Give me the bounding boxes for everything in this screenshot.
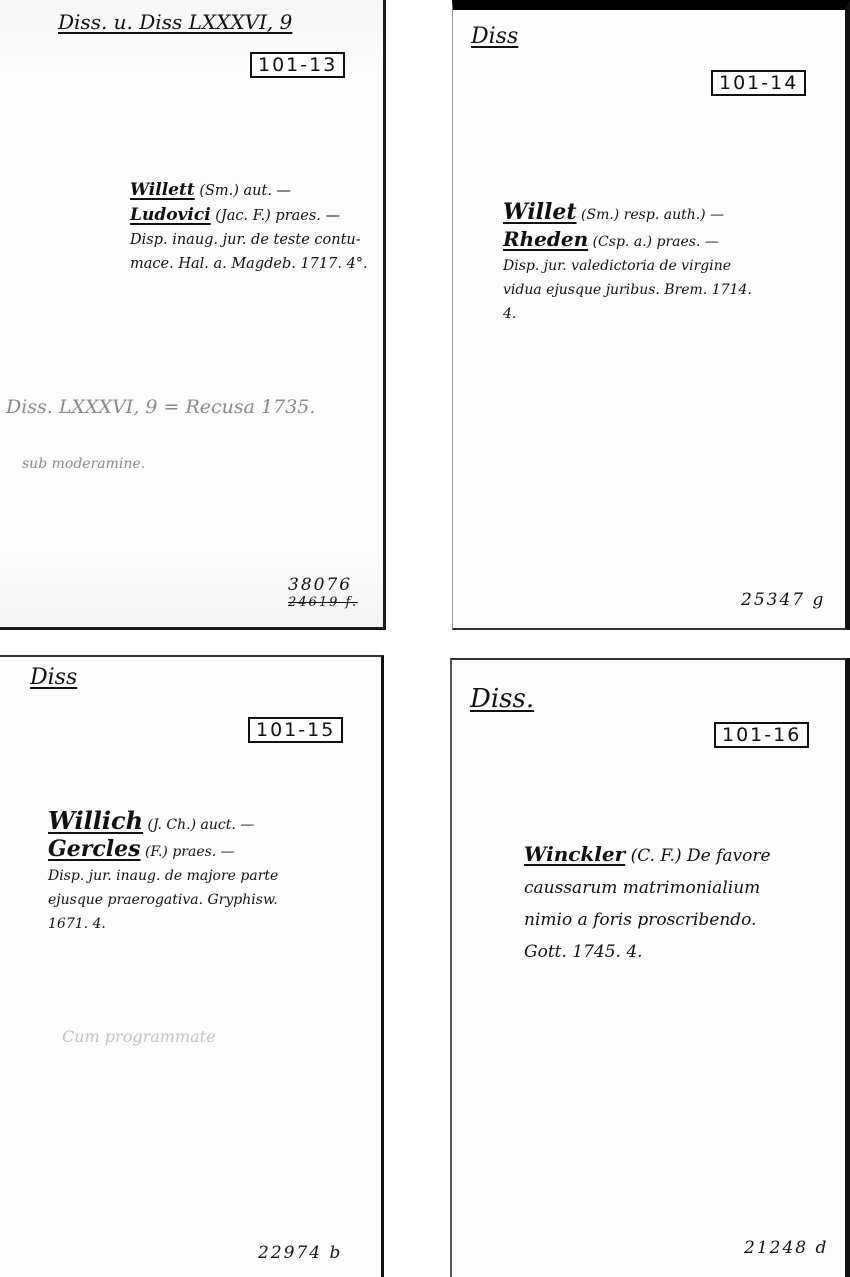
catalog-card-101-14: Diss 101-14 Willet (Sm.) resp. auth.) — … — [452, 0, 850, 630]
call-number: 101-13 — [250, 52, 345, 78]
accession-number: 22974 b — [258, 1243, 342, 1263]
catalog-entry: Willett (Sm.) aut. — Ludovici (Jac. F.) … — [130, 178, 368, 276]
catalog-card-101-15: Diss 101-15 Willich (J. Ch.) auct. — Ger… — [0, 655, 384, 1277]
accession-number: 25347 g — [741, 590, 825, 610]
call-number: 101-14 — [711, 70, 806, 96]
catalog-entry: Willich (J. Ch.) auct. — Gercles (F.) pr… — [48, 809, 278, 936]
call-number: 101-16 — [714, 722, 809, 748]
catalog-entry: Winckler (C. F.) De favore caussarum mat… — [524, 838, 771, 968]
catalog-card-101-16: Diss. 101-16 Winckler (C. F.) De favore … — [450, 658, 850, 1277]
accession-number-old: 24619 f. — [288, 595, 358, 610]
call-number: 101-15 — [248, 717, 343, 743]
pencil-note: Cum programmate — [62, 1027, 216, 1046]
header-mark: Diss — [471, 24, 518, 49]
pencil-note: Diss. LXXXVI, 9 = Recusa 1735. — [6, 396, 315, 418]
catalog-entry: Willet (Sm.) resp. auth.) — Rheden (Csp.… — [503, 200, 752, 326]
header-mark: Diss. — [470, 684, 534, 714]
pencil-note-2: sub moderamine. — [22, 456, 145, 472]
catalog-card-101-13: Diss. u. Diss LXXXVI, 9 101-13 Willett (… — [0, 0, 386, 630]
accession-number: 38076 24619 f. — [288, 575, 358, 610]
accession-number: 21248 d — [744, 1238, 828, 1258]
header-mark: Diss — [30, 665, 77, 690]
header-mark: Diss. u. Diss LXXXVI, 9 — [58, 10, 292, 34]
